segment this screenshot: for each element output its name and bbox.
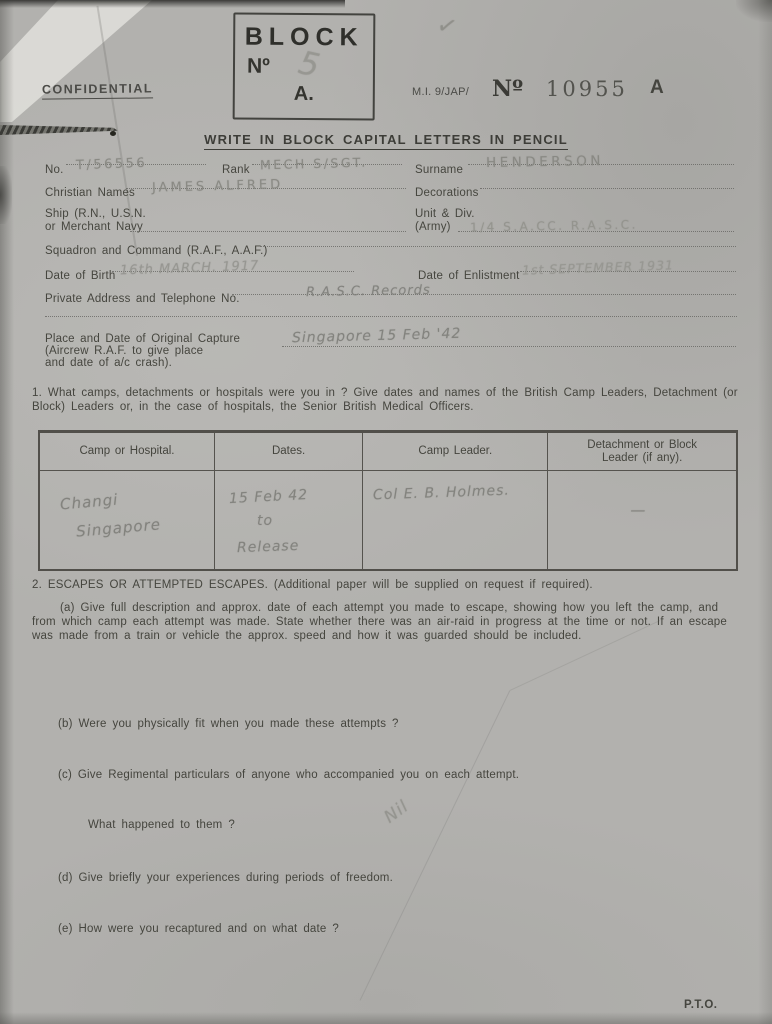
scan-edge-right [758,0,772,1024]
capture-field-line [282,346,736,347]
christian-names-field-value: JAMES ALFRED [152,177,284,195]
folded-corner [0,0,180,130]
camps-table-cell-dates: 15 Feb 42 to Release [214,471,362,569]
squadron-field-line [260,246,736,247]
blank-continuation-line [45,316,737,317]
camps-table-cell-leader: Col E. B. Holmes. [362,471,547,569]
question-1-text: 1. What camps, detachments or hospitals … [32,386,744,414]
question-2c-text: (c) Give Regimental particulars of anyon… [58,768,678,782]
decorations-label: Decorations [415,187,479,199]
scan-corner-top-right [736,0,772,22]
detachment-header-line1: Detachment or Block [587,439,697,452]
question-2-heading: 2. ESCAPES OR ATTEMPTED ESCAPES. (Additi… [32,578,744,592]
scan-edge-bottom [0,1012,772,1024]
scanned-pow-questionnaire-page: CONFIDENTIAL BLOCK Nº 5 A. ✓ M.I. 9/JAP/… [0,0,772,1024]
question-2a-text: (a) Give full description and approx. da… [32,601,746,643]
camp-entry-line2: Singapore [75,515,161,540]
ship-label-line2: or Merchant Navy [45,221,143,233]
question-2e-text: (e) How were you recaptured and on what … [58,922,658,936]
scan-edge-top [0,0,345,8]
unit-label-line1: Unit & Div. [415,208,475,220]
capture-label-line3: and date of a/c crash). [45,357,172,369]
camps-table-header-detachment: Detachment or Block Leader (if any). [547,433,736,471]
scan-edge-left [0,0,14,1024]
rank-label: Rank [222,164,250,176]
question-2c-followup-text: What happened to them ? [88,818,488,832]
file-series-label: M.I. 9/JAP/ [412,86,469,98]
dob-label: Date of Birth [45,270,116,282]
camp-entry-line1: Changi [59,490,119,513]
squadron-label: Squadron and Command (R.A.F., A.A.F.) [45,245,268,257]
capture-field-value: Singapore 15 Feb '42 [292,326,462,346]
dob-field-value: 16th MARCH. 1917 [120,259,260,279]
pencil-tick-mark: ✓ [434,10,461,42]
dates-entry-line3: Release [237,538,300,556]
detachment-entry-dash: — [630,501,646,519]
camps-table-cell-camp: Changi Singapore [40,471,214,569]
enlistment-field-value: 1st SEPTEMBER 1931 [522,257,674,277]
file-letter-stamp: A [650,77,664,99]
leader-entry: Col E. B. Holmes. [373,483,510,504]
dates-entry-line1: 15 Feb 42 [229,487,309,507]
ship-field-line [130,231,406,232]
block-stamp-no-label: Nº [247,55,270,79]
ship-label-line1: Ship (R.N., U.S.N. [45,208,146,220]
instruction-text: WRITE IN BLOCK CAPITAL LETTERS IN PENCIL [204,132,568,150]
surname-field-value: HENDERSON [486,153,604,171]
unit-label-line2: (Army) [415,221,451,233]
decorations-field-line [480,188,734,189]
camps-table: Camp or Hospital. Dates. Camp Leader. De… [38,430,738,571]
question-2d-text: (d) Give briefly your experiences during… [58,871,678,885]
instruction-banner: WRITE IN BLOCK CAPITAL LETTERS IN PENCIL [0,131,772,149]
capture-label-line2: (Aircrew R.A.F. to give place [45,345,203,357]
private-address-field-value: R.A.S.C. Records [306,283,431,300]
detachment-header-line2: Leader (if any). [602,452,682,465]
scan-smudge-left [0,166,12,224]
no-field-value: T/56556 [76,156,148,173]
block-stamp-letter: A. [235,83,373,107]
camps-table-header-dates: Dates. [214,433,362,471]
dates-entry-line2: to [257,513,273,529]
file-no-label-stamp: Nº [492,76,523,102]
enlistment-label: Date of Enlistment [418,270,520,282]
camps-table-header-camp: Camp or Hospital. [40,433,214,471]
capture-label-line1: Place and Date of Original Capture [45,333,240,345]
christian-names-label: Christian Names [45,187,135,199]
no-label: No. [45,164,64,176]
pencil-crease-lower [360,691,511,1001]
pto-footer: P.T.O. [684,999,717,1011]
rank-field-value: MECH S/SGT. [260,155,368,173]
unit-field-value: 1/4 S.A.CC. R.A.S.C. [470,218,638,235]
private-address-label: Private Address and Telephone No. [45,293,240,305]
confidential-stamp: CONFIDENTIAL [42,81,153,99]
file-number-stamp: 10955 [546,77,628,101]
question-2b-text: (b) Were you physically fit when you mad… [58,717,658,731]
surname-label: Surname [415,164,463,176]
camps-table-cell-detachment: — [547,471,736,569]
camps-table-header-leader: Camp Leader. [362,433,547,471]
block-number-stamp: BLOCK Nº 5 A. [233,13,376,121]
